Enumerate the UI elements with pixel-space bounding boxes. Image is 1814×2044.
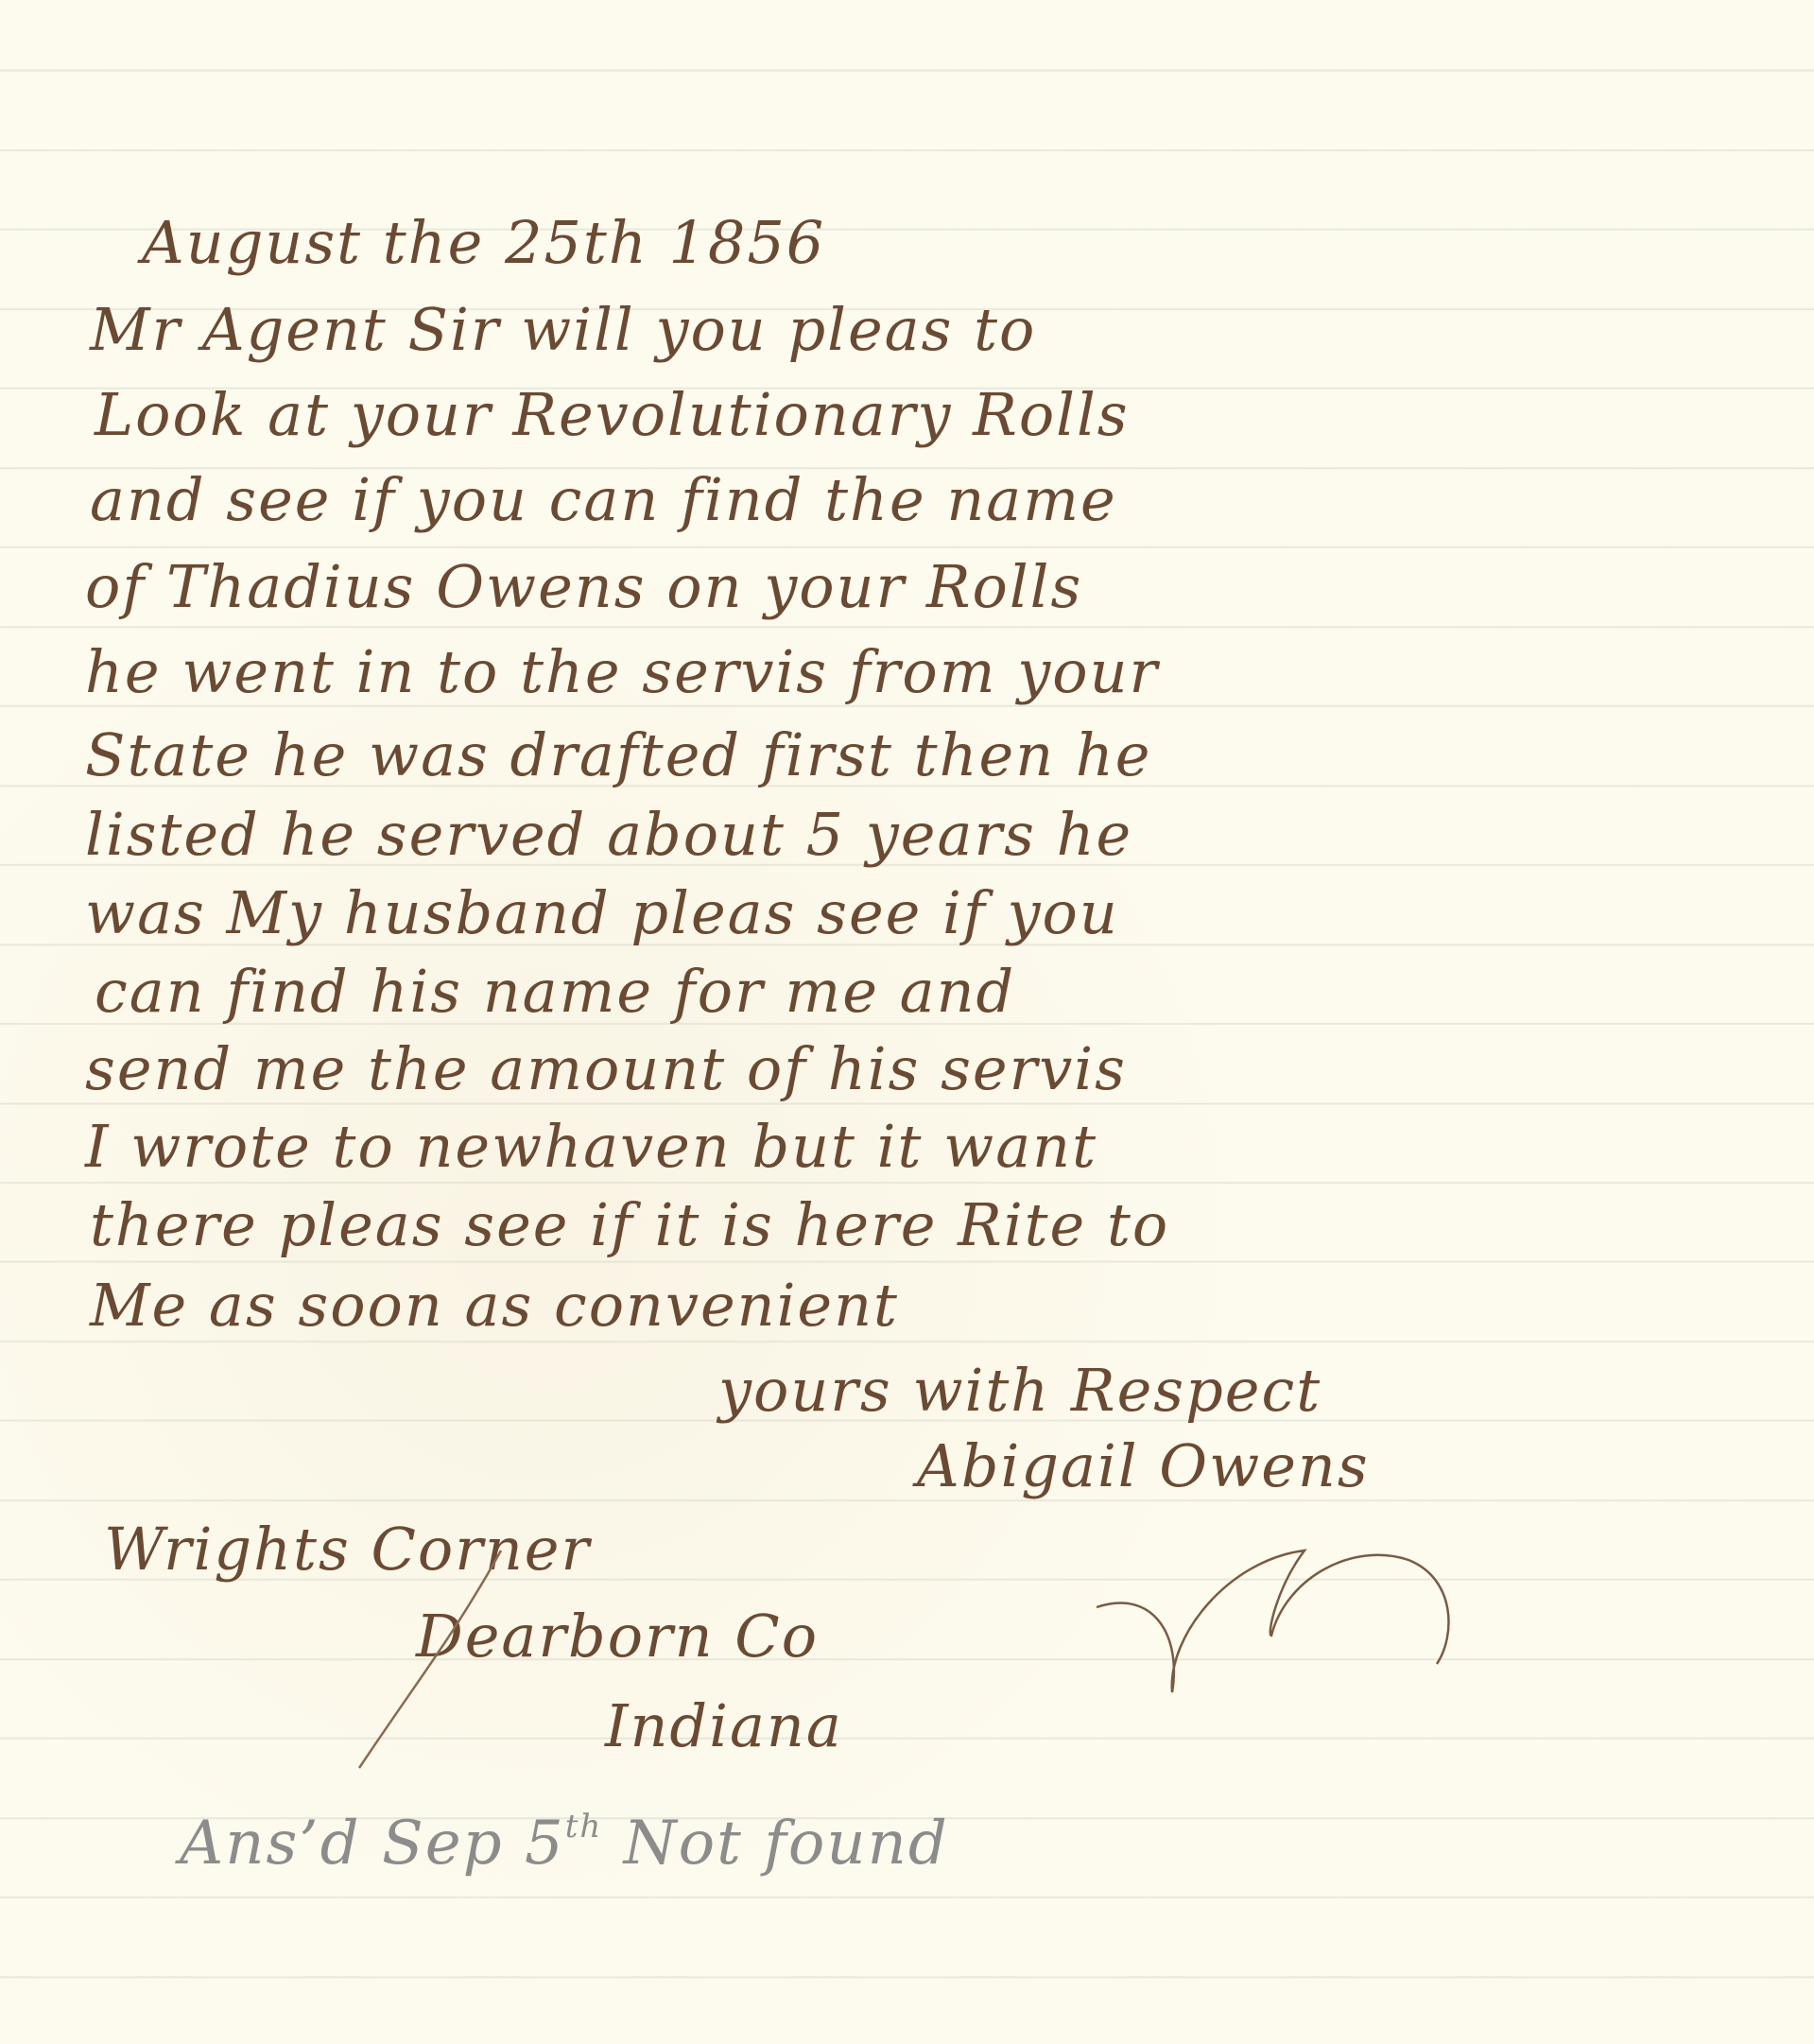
body-line-4: of Thadius Owens on your Rolls (85, 558, 1082, 616)
letter-signature: Abigail Owens (917, 1437, 1370, 1496)
body-line-8: was My husband pleas see if you (85, 884, 1119, 943)
annotation-ordinal: th (565, 1808, 603, 1845)
letter-date: August the 25th 1856 (142, 214, 825, 272)
body-line-11: I wrote to newhaven but it want (85, 1117, 1097, 1176)
body-line-1: Mr Agent Sir will you pleas to (90, 301, 1036, 359)
body-line-7: listed he served about 5 years he (85, 805, 1132, 864)
pencil-annotation: Ans’d Sep 5th Not found (180, 1810, 949, 1874)
body-line-3: and see if you can find the name (90, 471, 1117, 529)
body-line-5: he went in to the servis from your (85, 643, 1159, 702)
body-line-13: Me as soon as convenient (90, 1276, 899, 1335)
body-line-12: there pleas see if it is here Rite to (90, 1196, 1169, 1255)
body-line-10: send me the amount of his servis (85, 1040, 1127, 1099)
letter-closing: yours with Respect (718, 1361, 1322, 1420)
decorative-flourish-icon (1040, 1522, 1569, 1711)
body-line-9: can find his name for me and (95, 962, 1015, 1021)
annotation-answered-date: Ans’d Sep 5 (180, 1809, 565, 1879)
body-line-6: State he was drafted first then he (85, 726, 1151, 785)
body-line-2: Look at your Revolutionary Rolls (95, 386, 1130, 444)
signature-flourish-icon (340, 1532, 1002, 1777)
annotation-result: Not found (624, 1809, 949, 1879)
